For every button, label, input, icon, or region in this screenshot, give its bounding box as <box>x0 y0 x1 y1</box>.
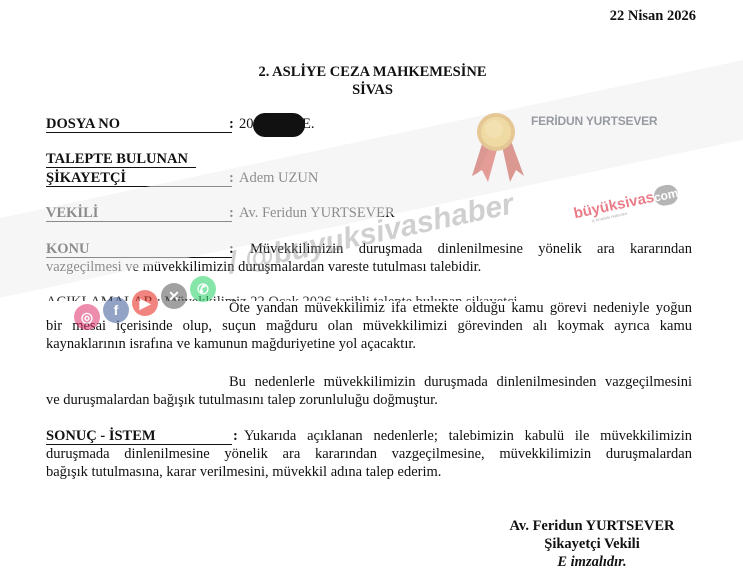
signature-title: Şikayetçi Vekili <box>492 535 692 553</box>
youtube-icon: ▶ <box>132 290 158 316</box>
facebook-icon: f <box>103 297 129 323</box>
aciklama-p1-line3: kaynaklarının israfına ve kamunun mağdur… <box>46 336 416 353</box>
aciklama-p2-line2: ve duruşmalardan bağışık tutulmasını tal… <box>46 392 438 409</box>
signature-note: E imzalıdır. <box>492 553 692 571</box>
colon: : <box>229 116 234 133</box>
sonuc-line1: Yukarıda açıklanan nedenlerle; talebimiz… <box>244 428 692 445</box>
aciklama-p1-line1: Öte yandan müvekkilimiz ifa etmekte oldu… <box>229 300 692 317</box>
colon: : <box>233 428 238 445</box>
aciklama-p2-line1: Bu nedenlerle müvekkilimizin duruşmada d… <box>229 374 692 391</box>
redaction-mark <box>253 113 305 137</box>
dosya-no-prefix: 20 <box>239 116 254 133</box>
sonuc-line3: bağışık tutulmasına, karar verilmesini, … <box>46 464 441 481</box>
talepte-label-line1: TALEPTE BULUNAN <box>46 151 188 167</box>
signature-block: Av. Feridun YURTSEVER Şikayetçi Vekili E… <box>492 517 692 571</box>
dosya-no-label: DOSYA NO <box>46 116 232 133</box>
watermark-logo: büyüksivascom İç Anadolu Haberleri <box>572 183 680 226</box>
sonuc-istem-label: SONUÇ - İSTEM <box>46 428 232 445</box>
instagram-icon: ◎ <box>74 304 100 330</box>
signature-name: Av. Feridun YURTSEVER <box>492 517 692 535</box>
x-icon: ✕ <box>161 283 187 309</box>
court-name: 2. ASLİYE CEZA MAHKEMESİNE <box>0 63 743 81</box>
document-date: 22 Nisan 2026 <box>610 8 696 25</box>
sonuc-line2: duruşmada dinlenilmesine yönelik ara kar… <box>46 446 692 463</box>
aciklama-p1-line2: bir mesai içerisinde olup, suçun mağduru… <box>46 318 692 335</box>
whatsapp-icon: ✆ <box>190 276 216 302</box>
